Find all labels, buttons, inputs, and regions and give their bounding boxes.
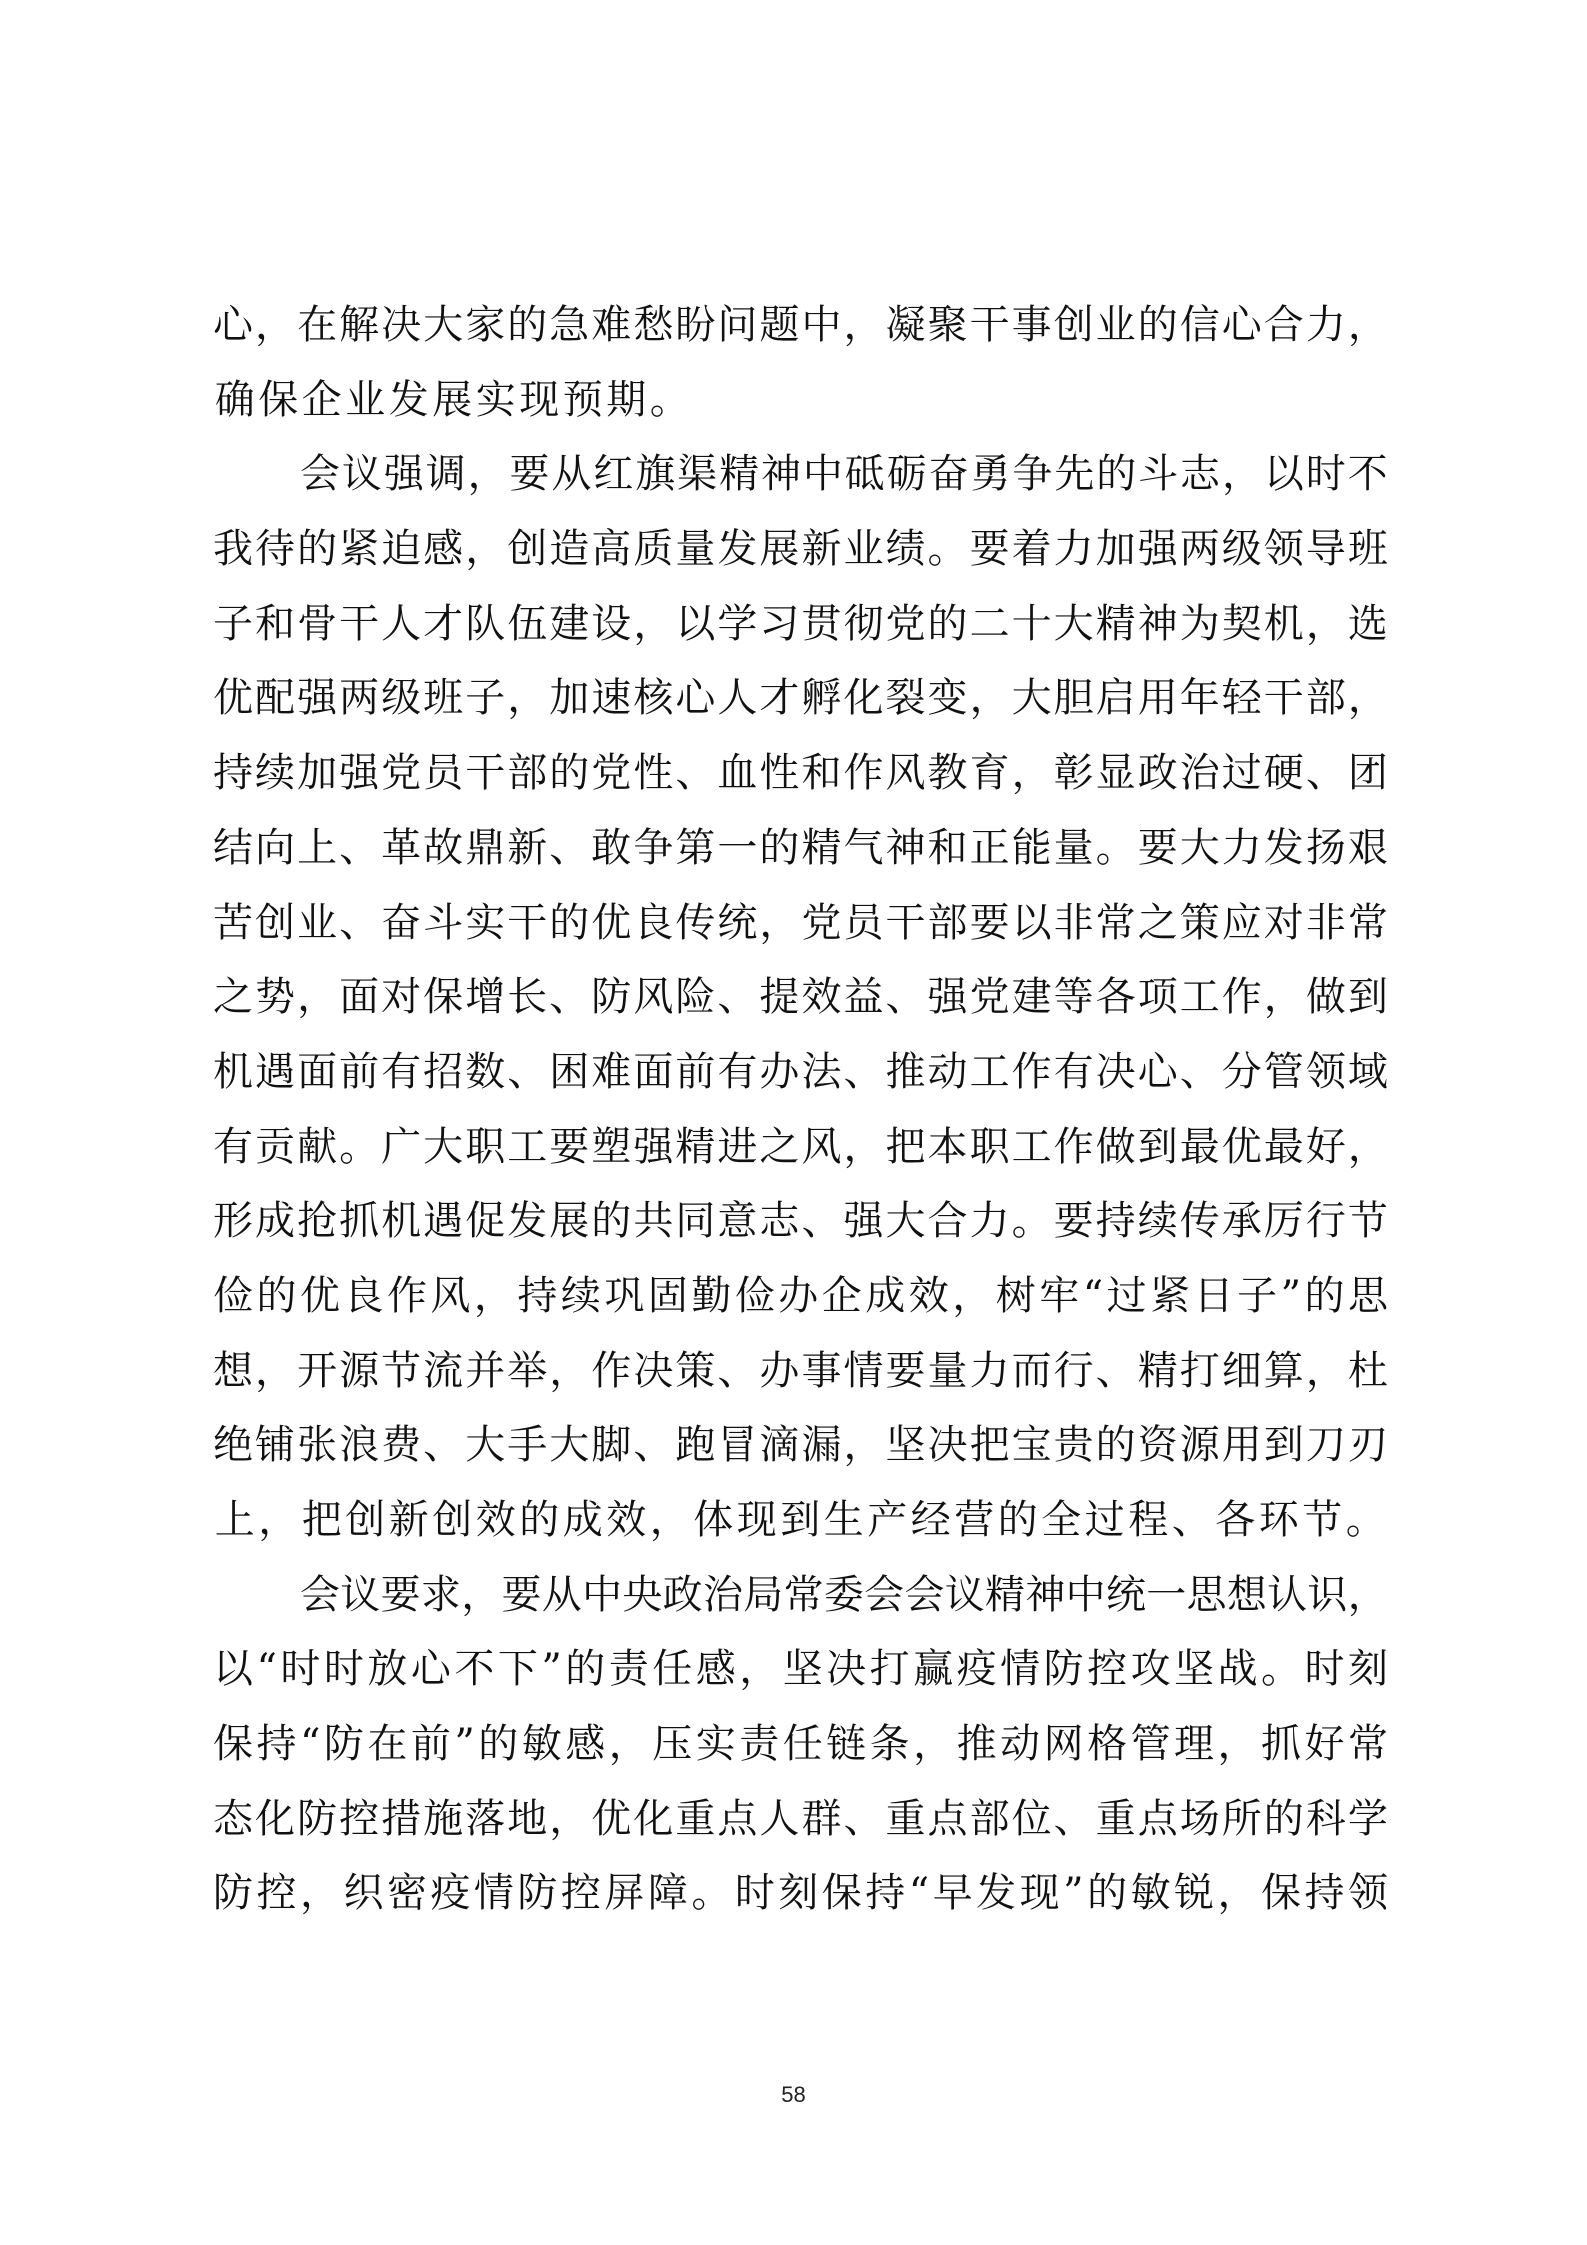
text-line: 以“时时放心不下”的责任感，坚决打赢疫情防控攻坚战。时刻 bbox=[213, 1632, 1388, 1707]
text-line: 心，在解决大家的急难愁盼问题中，凝聚干事创业的信心合力， bbox=[213, 288, 1388, 363]
page-number: 58 bbox=[0, 2082, 1587, 2108]
document-page: 心，在解决大家的急难愁盼问题中，凝聚干事创业的信心合力，确保企业发展实现预期。会… bbox=[0, 0, 1587, 2245]
text-line: 俭的优良作风，持续巩固勤俭办企成效，树牢“过紧日子”的思 bbox=[213, 1259, 1388, 1334]
text-line: 态化防控措施落地，优化重点人群、重点部位、重点场所的科学 bbox=[213, 1782, 1388, 1857]
text-line: 防控，织密疫情防控屏障。时刻保持“早发现”的敏锐，保持领 bbox=[213, 1856, 1388, 1931]
text-line: 苦创业、奋斗实干的优良传统，党员干部要以非常之策应对非常 bbox=[213, 886, 1388, 961]
text-line: 结向上、革故鼎新、敢争第一的精气神和正能量。要大力发扬艰 bbox=[213, 811, 1388, 886]
text-line: 上，把创新创效的成效，体现到生产经营的全过程、各环节。 bbox=[213, 1483, 1388, 1558]
paragraph: 会议强调，要从红旗渠精神中砥砺奋勇争先的斗志，以时不我待的紧迫感，创造高质量发展… bbox=[213, 437, 1388, 1557]
text-line: 保持“防在前”的敏感，压实责任链条，推动网格管理，抓好常 bbox=[213, 1707, 1388, 1782]
text-line: 我待的紧迫感，创造高质量发展新业绩。要着力加强两级领导班 bbox=[213, 512, 1388, 587]
body-text: 心，在解决大家的急难愁盼问题中，凝聚干事创业的信心合力，确保企业发展实现预期。会… bbox=[213, 288, 1388, 1931]
text-line: 确保企业发展实现预期。 bbox=[213, 363, 1388, 438]
text-line: 绝铺张浪费、大手大脚、跑冒滴漏，坚决把宝贵的资源用到刀刃 bbox=[213, 1408, 1388, 1483]
text-line: 持续加强党员干部的党性、血性和作风教育，彰显政治过硬、团 bbox=[213, 736, 1388, 811]
text-line: 有贡献。广大职工要塑强精进之风，把本职工作做到最优最好， bbox=[213, 1110, 1388, 1185]
text-line: 优配强两级班子，加速核心人才孵化裂变，大胆启用年轻干部， bbox=[213, 661, 1388, 736]
text-line: 会议强调，要从红旗渠精神中砥砺奋勇争先的斗志，以时不 bbox=[213, 437, 1388, 512]
text-line: 机遇面前有招数、困难面前有办法、推动工作有决心、分管领域 bbox=[213, 1035, 1388, 1110]
paragraph: 会议要求，要从中央政治局常委会会议精神中统一思想认识，以“时时放心不下”的责任感… bbox=[213, 1558, 1388, 1931]
text-line: 之势，面对保增长、防风险、提效益、强党建等各项工作，做到 bbox=[213, 960, 1388, 1035]
paragraph: 心，在解决大家的急难愁盼问题中，凝聚干事创业的信心合力，确保企业发展实现预期。 bbox=[213, 288, 1388, 437]
text-line: 子和骨干人才队伍建设，以学习贯彻党的二十大精神为契机，选 bbox=[213, 587, 1388, 662]
text-line: 会议要求，要从中央政治局常委会会议精神中统一思想认识， bbox=[213, 1558, 1388, 1633]
text-line: 形成抢抓机遇促发展的共同意志、强大合力。要持续传承厉行节 bbox=[213, 1184, 1388, 1259]
text-line: 想，开源节流并举，作决策、办事情要量力而行、精打细算，杜 bbox=[213, 1334, 1388, 1409]
